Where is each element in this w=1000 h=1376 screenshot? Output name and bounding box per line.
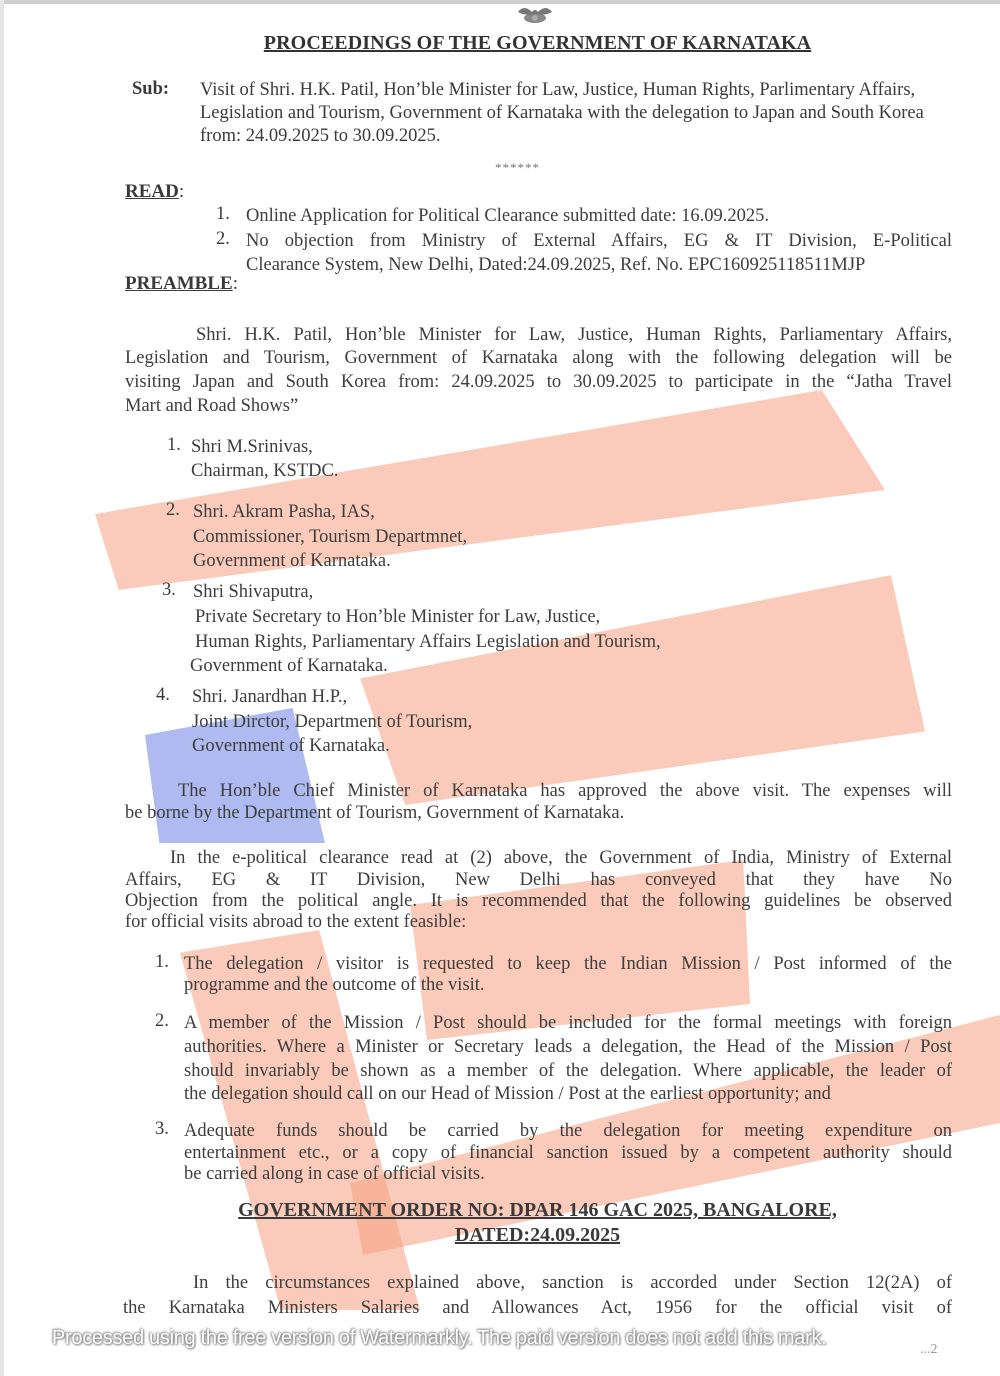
- document-title: PROCEEDINGS OF THE GOVERNMENT OF KARNATA…: [0, 32, 1000, 55]
- delegation-3-role: Private Secretary to Hon’ble Minister fo…: [195, 605, 600, 629]
- delegation-4-name: Shri. Janardhan H.P.,: [192, 685, 347, 709]
- guideline-num: 3.: [155, 1119, 169, 1140]
- delegation-4-org: Government of Karnataka.: [192, 734, 390, 758]
- delegation-3-role-cont: Human Rights, Parliamentary Affairs Legi…: [195, 630, 661, 654]
- watermark-text: Processed using the free version of Wate…: [52, 1327, 952, 1350]
- separator: ******: [495, 160, 540, 176]
- delegation-num: 3.: [162, 580, 176, 601]
- karnataka-emblem-icon: [510, 2, 560, 26]
- order-body-line-2: the Karnataka Ministers Salaries and All…: [123, 1296, 952, 1320]
- guideline-2-line-1: A member of the Mission / Post should be…: [184, 1011, 952, 1035]
- read-item-2-line-2: Clearance System, New Delhi, Dated:24.09…: [246, 253, 865, 277]
- delegation-1-role: Chairman, KSTDC.: [191, 459, 338, 483]
- delegation-4-role: Joint Dirctor, Department of Tourism,: [192, 710, 472, 734]
- delegation-num: 4.: [156, 685, 170, 706]
- preamble-heading-wrap: PREAMBLE:: [125, 273, 238, 295]
- delegation-2-name: Shri. Akram Pasha, IAS,: [193, 500, 375, 524]
- preamble-line-3: visiting Japan and South Korea from: 24.…: [125, 370, 952, 394]
- guideline-num: 1.: [155, 952, 169, 973]
- approval-line-2: be borne by the Department of Tourism, G…: [125, 801, 624, 825]
- order-body-line-1: In the circumstances explained above, sa…: [193, 1271, 952, 1295]
- preamble-line-1: Shri. H.K. Patil, Hon’ble Minister for L…: [196, 323, 952, 347]
- delegation-1-name: Shri M.Srinivas,: [191, 435, 313, 459]
- document-page: PROCEEDINGS OF THE GOVERNMENT OF KARNATA…: [0, 0, 1000, 1376]
- guideline-num: 2.: [155, 1011, 169, 1032]
- delegation-3-org: Government of Karnataka.: [190, 654, 388, 678]
- delegation-num: 2.: [166, 500, 180, 521]
- preamble-line-2: Legislation and Tourism, Government of K…: [125, 346, 952, 370]
- read-item-1: Online Application for Political Clearan…: [246, 204, 769, 228]
- guideline-3-line-1: Adequate funds should be carried by the …: [184, 1119, 952, 1143]
- clearance-line-4: for official visits abroad to the extent…: [125, 910, 466, 934]
- clearance-line-1: In the e-political clearance read at (2)…: [170, 846, 952, 870]
- preamble-line-4: Mart and Road Shows”: [125, 394, 298, 418]
- delegation-2-org: Government of Karnataka.: [193, 549, 391, 573]
- delegation-3-name: Shri Shivaputra,: [193, 580, 313, 604]
- read-item-2-line-1: No objection from Ministry of External A…: [246, 229, 952, 253]
- subject-label: Sub:: [132, 79, 169, 100]
- preamble-colon: :: [233, 273, 238, 294]
- guideline-1-line-2: programme and the outcome of the visit.: [184, 973, 485, 997]
- read-heading: READ: [125, 181, 179, 202]
- guideline-3-line-3: be carried along in case of official vis…: [184, 1162, 485, 1186]
- government-order-number: GOVERNMENT ORDER NO: DPAR 146 GAC 2025, …: [0, 1199, 1000, 1222]
- read-colon: :: [179, 181, 184, 202]
- guideline-2-line-3: should invariably be shown as a member o…: [184, 1059, 952, 1083]
- delegation-num: 1.: [167, 435, 181, 456]
- delegation-2-role: Commissioner, Tourism Departmnet,: [193, 525, 467, 549]
- approval-line-1: The Hon’ble Chief Minister of Karnataka …: [178, 779, 952, 803]
- read-item-num: 2.: [216, 229, 230, 250]
- government-order-date: DATED:24.09.2025: [0, 1224, 1000, 1247]
- read-heading-wrap: READ:: [125, 181, 184, 203]
- read-item-num: 1.: [216, 204, 230, 225]
- subject-text: Visit of Shri. H.K. Patil, Hon’ble Minis…: [200, 79, 952, 148]
- preamble-heading: PREAMBLE: [125, 273, 233, 294]
- guideline-2-line-2: authorities. Where a Minister or Secreta…: [184, 1035, 952, 1059]
- guideline-2-line-4: the delegation should call on our Head o…: [184, 1082, 831, 1106]
